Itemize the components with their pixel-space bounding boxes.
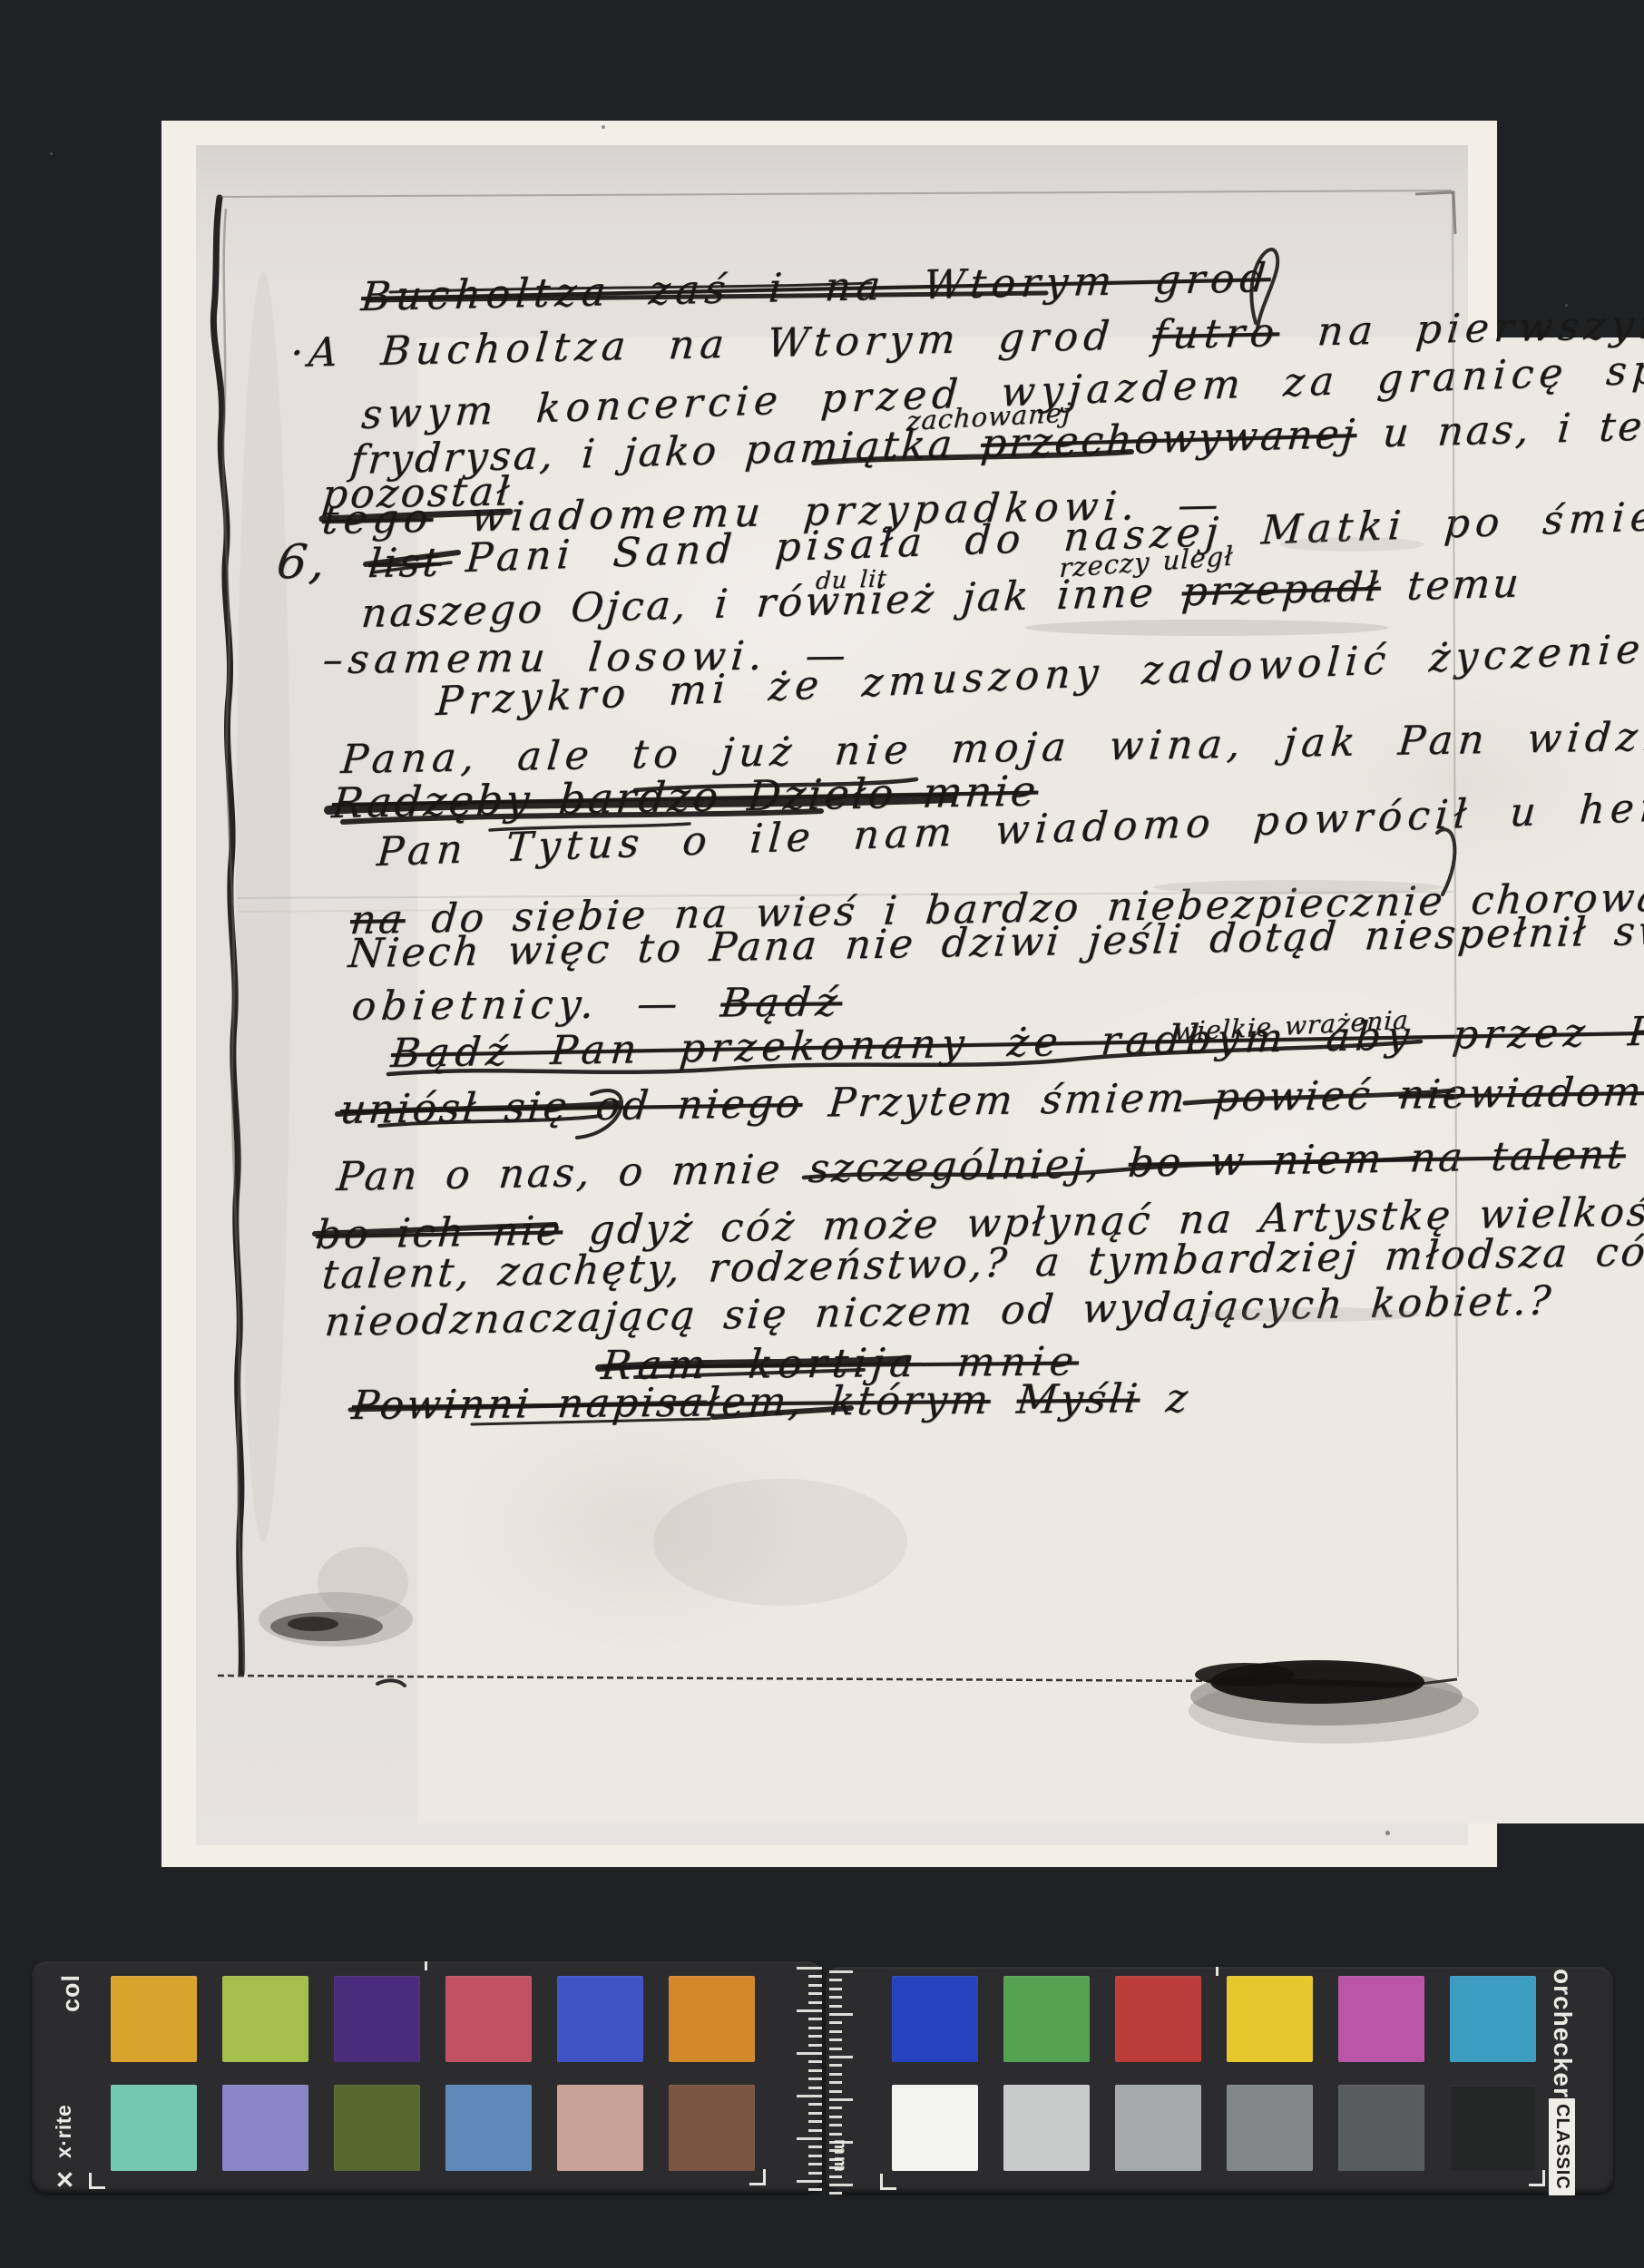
crossed-out-text: list [367,540,444,587]
crossed-out-text: bo w niem na talent [1127,1131,1628,1187]
color-patch-dark-skin [669,2085,755,2171]
ruler-tick [808,1975,822,1978]
ruler-tick [829,2030,842,2033]
manuscript-line: 6, [275,539,330,586]
dust-speck [602,125,605,129]
ruler-tick [808,2001,822,2004]
ruler-tick [797,1967,822,1970]
classic-badge: CLASSIC [1549,2098,1575,2195]
ruler-tick [808,1984,822,1987]
ruler-tick [808,2103,822,2106]
ruler-tick [829,2090,842,2093]
color-patch-light-skin [557,2085,643,2171]
color-checker-left: col ✕ x·rite [32,1961,822,2193]
ruler-tick [797,2180,822,2183]
ruler-tick [808,2069,822,2072]
ruler-tick [808,2077,822,2080]
ruler-tick [808,2044,822,2047]
handwritten-text: z [1138,1375,1192,1422]
ruler-tick [808,2060,822,2063]
color-patch-yellow-green [222,1976,308,2062]
color-patch-neutral-6.5 [1115,2085,1201,2171]
ruler-tick [829,2158,842,2161]
ruler-tick [808,1992,822,1995]
color-patch-bluish-green [111,2085,197,2171]
color-patch-orange [669,1976,755,2062]
corner-bracket [749,2169,766,2185]
ruler-tick [829,1996,842,1999]
ruler-tick [829,1988,842,1990]
ruler-tick [829,2098,853,2101]
ruler-tick [808,2155,822,2157]
ruler-tick [808,2027,822,2029]
color-patch-neutral-3.5 [1338,2085,1424,2171]
crossed-out-text: Powinni napisałem, którym [349,1377,993,1429]
ruler-tick [829,2133,842,2136]
ruler-tick [797,2137,822,2140]
crossed-out-text: tego [320,495,435,543]
xrite-logo-icon: ✕ [53,2165,76,2193]
ruler-tick [829,2005,842,2008]
color-patch-blue-flower [222,2085,308,2171]
xrite-brand: ✕ x·rite [52,2090,76,2192]
ruler-tick [829,2064,842,2067]
color-patch-white [892,2085,978,2171]
color-patch-red [1115,1976,1201,2062]
ruler-tick [829,2038,842,2041]
ruler-tick [829,2021,842,2024]
corner-bracket [89,2173,105,2189]
dust-speck [1385,1831,1390,1835]
ruler-tick [829,2166,842,2169]
crossed-out-text: futro [1150,309,1281,358]
corner-bracket [1529,2170,1545,2186]
manuscript-line: obietnicy. — Bądź [350,982,845,1027]
ruler-tick [808,2188,822,2191]
ruler-tick [797,2009,822,2012]
ruler-tick [808,2035,822,2038]
ruler-tick [829,2116,842,2118]
ruler-tick [829,2081,842,2084]
crossed-out-text: Myśli [1014,1375,1142,1422]
handwritten-text: Przytem śmiem powieć [800,1072,1401,1127]
color-patch-purple [334,1976,420,2062]
ruler-tick [797,2095,822,2097]
ruler-tick [829,2192,842,2195]
ruler-tick [808,2129,822,2132]
crossed-out-text: przepadł [1180,564,1383,616]
ruler-tick [829,2073,842,2076]
page-background: Bucholtza zaś i na Wtorym grod·A Bucholt… [0,0,1644,2268]
ruler-tick [829,2175,842,2178]
color-patch-green [1003,1976,1090,2062]
color-patch-neutral-5 [1227,2085,1313,2171]
color-patch-magenta [1338,1976,1424,2062]
ruler-tick [829,1970,853,1973]
handwritten-text: na pierwszym [1277,301,1644,356]
ruler-tick [829,2149,842,2152]
ruler-tick [808,2018,822,2020]
corner-bracket [880,2174,896,2190]
handwritten-text: u nas, i ten [1355,403,1644,457]
color-patch-neutral-8 [1003,2085,1090,2171]
manuscript-line: list [367,543,443,584]
crossed-out-text: uniósł się od niego [338,1080,805,1133]
crossed-out-text: niewiadomemu [1396,1067,1644,1118]
ruler-tick [829,1979,842,1981]
manuscript-line: Powinni napisałem, którym Myśli z [350,1379,1192,1426]
handwritten-text: temu [1379,561,1523,611]
color-patch-moderate-red [445,1976,532,2062]
color-patch-black [1450,2085,1536,2171]
handwritten-text: 6, [274,535,330,590]
ruler-tick [829,2141,853,2144]
color-checker-right: orchecker CLASSIC [826,1967,1613,2193]
color-patch-yellow [1227,1976,1313,2062]
color-patch-blue-sky [445,2085,532,2171]
ruler-tick [829,2013,853,2016]
color-patch-blue [892,1976,978,2062]
ruler-tick [808,2163,822,2165]
ruler-tick [808,2120,822,2123]
color-patch-foliage [334,2085,420,2171]
ruler-tick [829,2184,853,2186]
dust-speck [1565,304,1568,307]
dust-speck [50,152,53,155]
handwritten-text: obietnicy. — [349,980,722,1030]
registration-tick [425,1961,427,1970]
color-patch-orange-yellow [111,1976,197,2062]
ruler-tick [808,2172,822,2175]
ruler-tick [829,2048,842,2050]
xrite-brand-label: x·rite [52,2105,76,2158]
ruler-tick [829,2056,853,2058]
ruler-tick [797,2052,822,2055]
colorchecker-edge-label: col [57,1960,85,2012]
ruler-tick [808,2146,822,2148]
color-patch-cyan [1450,1976,1536,2062]
ruler-tick [829,2107,842,2109]
ruler-tick [829,2124,842,2126]
color-patch-purplish-blue [557,1976,643,2062]
ruler-tick [808,2087,822,2089]
crossed-out-text: Bądź [719,979,845,1026]
ruler-tick [808,2112,822,2115]
registration-tick [1216,1967,1218,1976]
